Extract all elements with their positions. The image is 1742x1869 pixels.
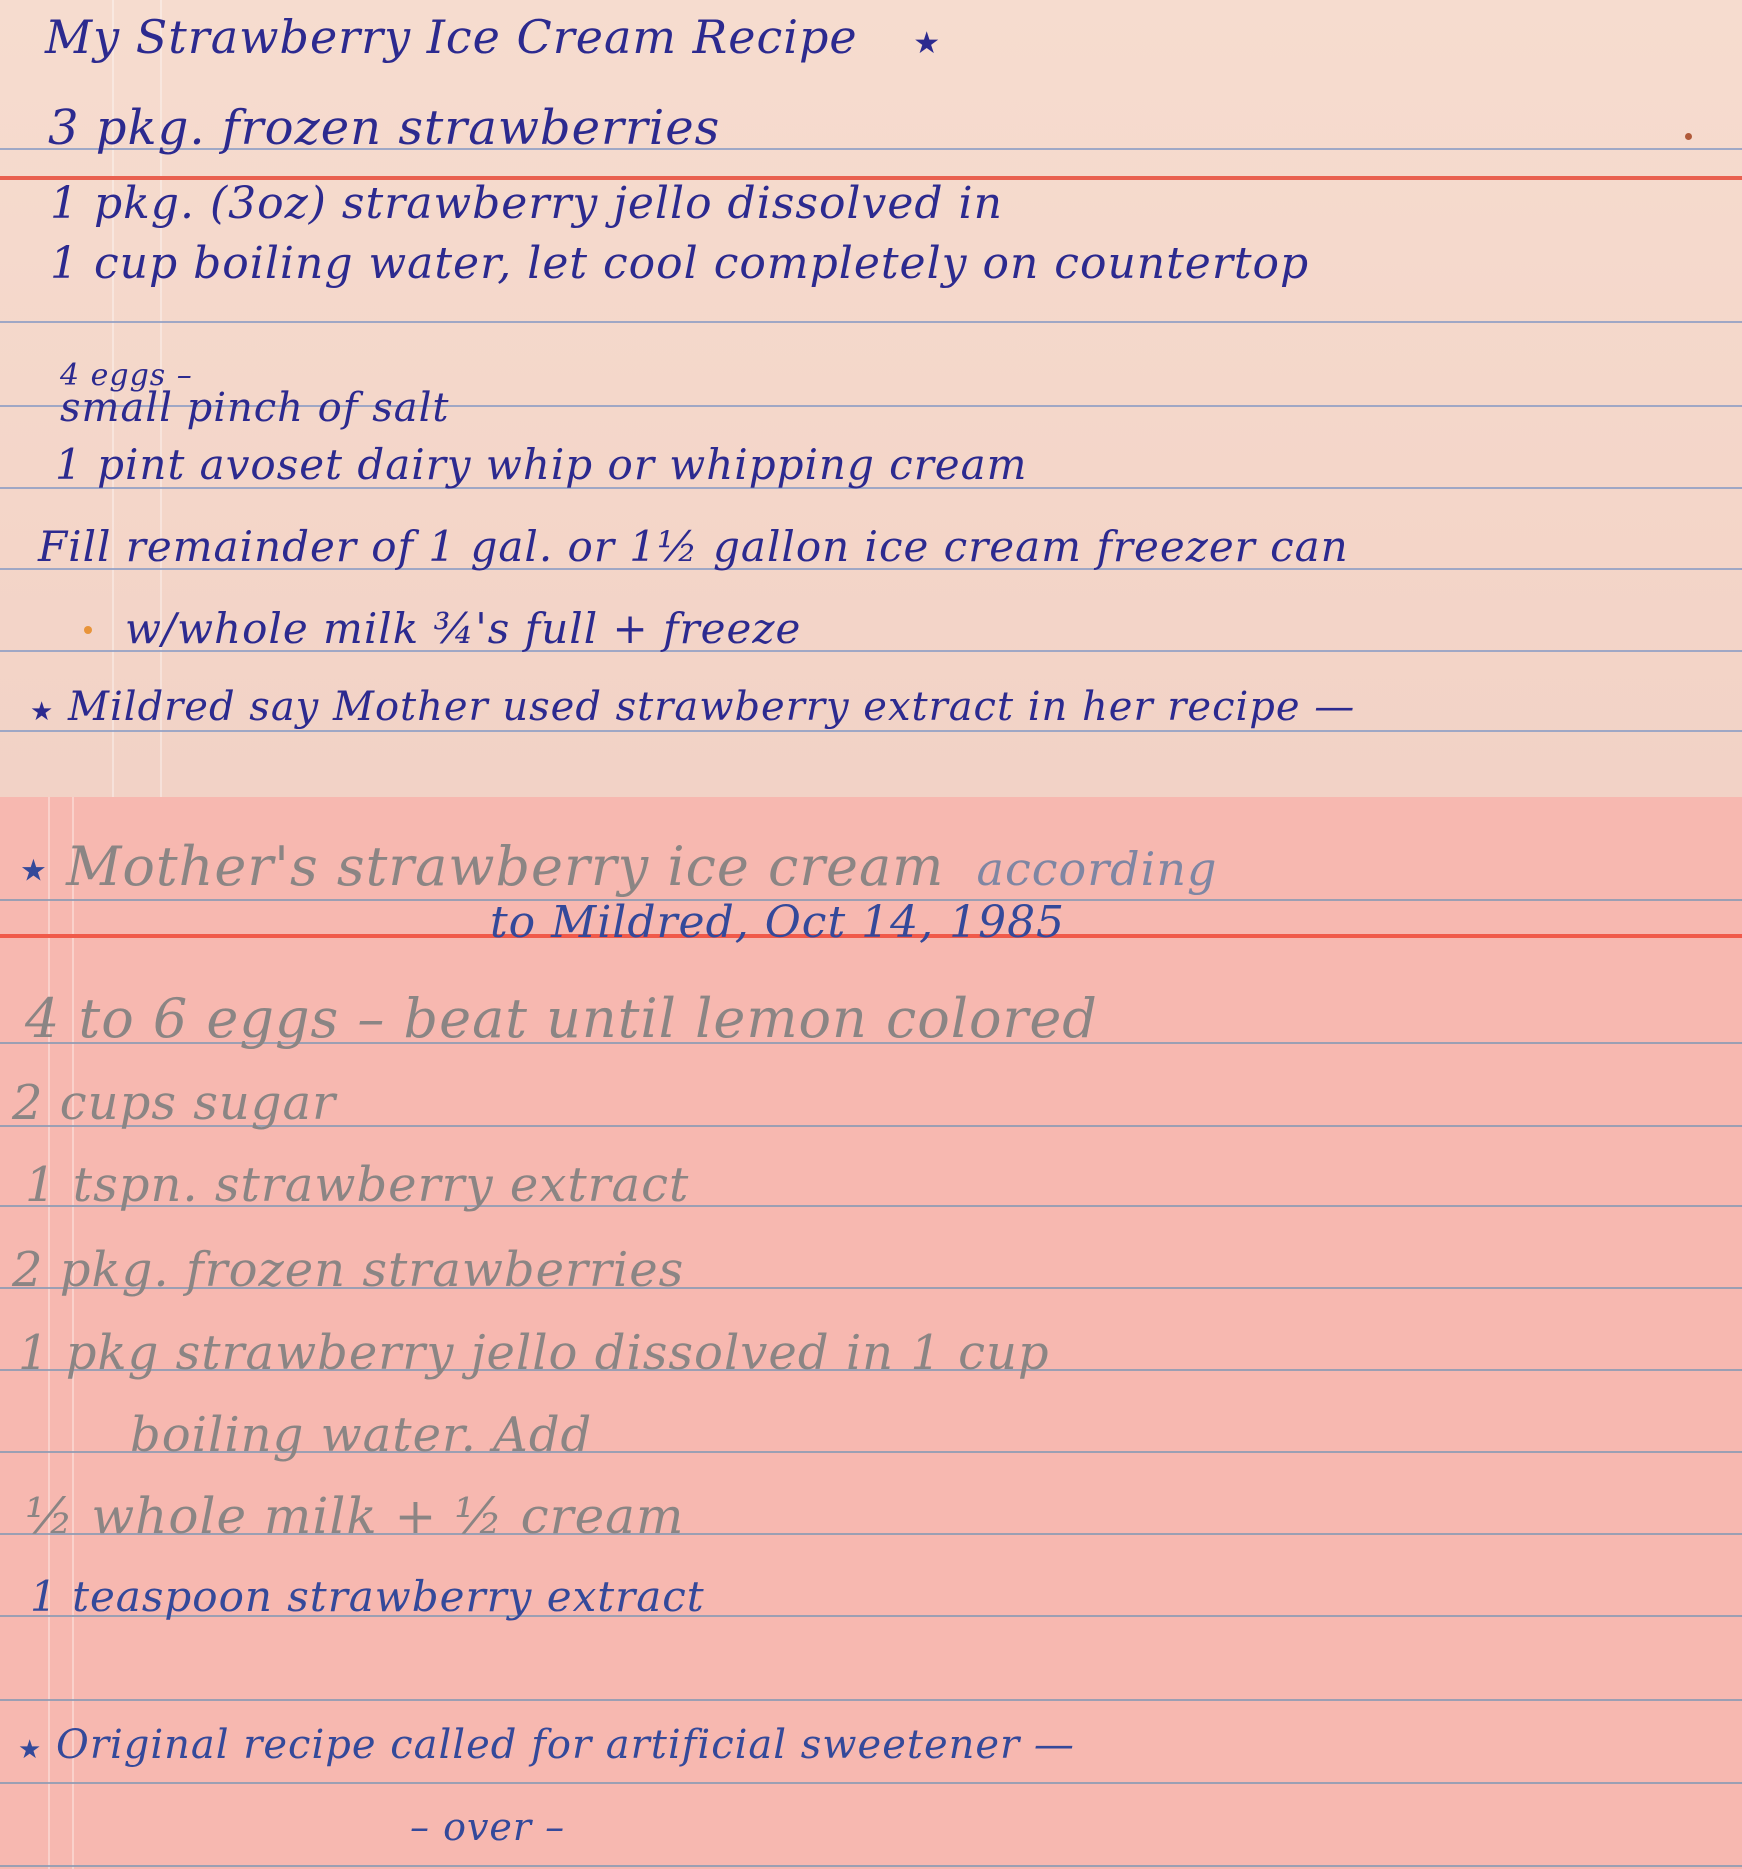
ruled-line bbox=[0, 1865, 1742, 1867]
ingredient-line: ½ whole milk + ½ cream bbox=[25, 1487, 684, 1545]
star-icon: ★ bbox=[20, 854, 48, 889]
recipe-card-top: My Strawberry Ice Cream Recipe ★ 3 pkg. … bbox=[0, 0, 1742, 797]
footnote-text: Mildred say Mother used strawberry extra… bbox=[68, 684, 1355, 730]
paper-fleck bbox=[1685, 133, 1692, 140]
ruled-line bbox=[0, 321, 1742, 323]
ingredient-line: boiling water. Add bbox=[130, 1407, 592, 1463]
ruled-line bbox=[0, 1699, 1742, 1701]
recipe-card-bottom: ★ Mother's strawberry ice cream accordin… bbox=[0, 797, 1742, 1869]
instruction-line: w/whole milk ¾'s full + freeze bbox=[125, 604, 801, 653]
ingredient-line: 1 tspn. strawberry extract bbox=[25, 1157, 689, 1213]
subtitle-attribution: to Mildred, Oct 14, 1985 bbox=[490, 897, 1065, 948]
over-note: – over – bbox=[410, 1805, 565, 1849]
star-icon: ★ bbox=[30, 697, 54, 727]
instruction-line: Fill remainder of 1 gal. or 1½ gallon ic… bbox=[38, 522, 1349, 571]
footnote-text: Original recipe called for artificial sw… bbox=[56, 1722, 1075, 1768]
ingredient-line: 4 to 6 eggs – beat until lemon colored bbox=[25, 987, 1098, 1050]
star-icon: ★ bbox=[18, 1735, 42, 1765]
ingredient-line: 1 cup boiling water, let cool completely… bbox=[50, 238, 1309, 289]
recipe-title: ★ Mother's strawberry ice cream accordin… bbox=[20, 835, 1217, 898]
ruled-line bbox=[0, 730, 1742, 732]
title-text: My Strawberry Ice Cream Recipe bbox=[45, 10, 858, 64]
title-continued: according bbox=[977, 842, 1218, 896]
ingredient-line: 2 pkg. frozen strawberries bbox=[12, 1242, 684, 1298]
ingredient-line: 1 pkg. (3oz) strawberry jello dissolved … bbox=[50, 178, 1003, 229]
paper-fleck bbox=[84, 626, 92, 634]
ingredient-line: 1 pkg strawberry jello dissolved in 1 cu… bbox=[18, 1325, 1050, 1381]
title-text: Mother's strawberry ice cream bbox=[66, 835, 944, 898]
ingredient-line: 1 pint avoset dairy whip or whipping cre… bbox=[55, 440, 1028, 489]
ingredient-line: 1 teaspoon strawberry extract bbox=[30, 1572, 705, 1621]
ingredient-line: 2 cups sugar bbox=[12, 1075, 336, 1131]
ingredient-line: 3 pkg. frozen strawberries bbox=[48, 100, 720, 156]
footnote: ★ Original recipe called for artificial … bbox=[18, 1722, 1075, 1768]
ingredient-line: small pinch of salt bbox=[60, 385, 450, 431]
ruled-line bbox=[0, 1782, 1742, 1784]
star-icon: ★ bbox=[913, 26, 941, 61]
recipe-title: My Strawberry Ice Cream Recipe ★ bbox=[45, 10, 941, 64]
footnote: ★ Mildred say Mother used strawberry ext… bbox=[30, 684, 1355, 730]
